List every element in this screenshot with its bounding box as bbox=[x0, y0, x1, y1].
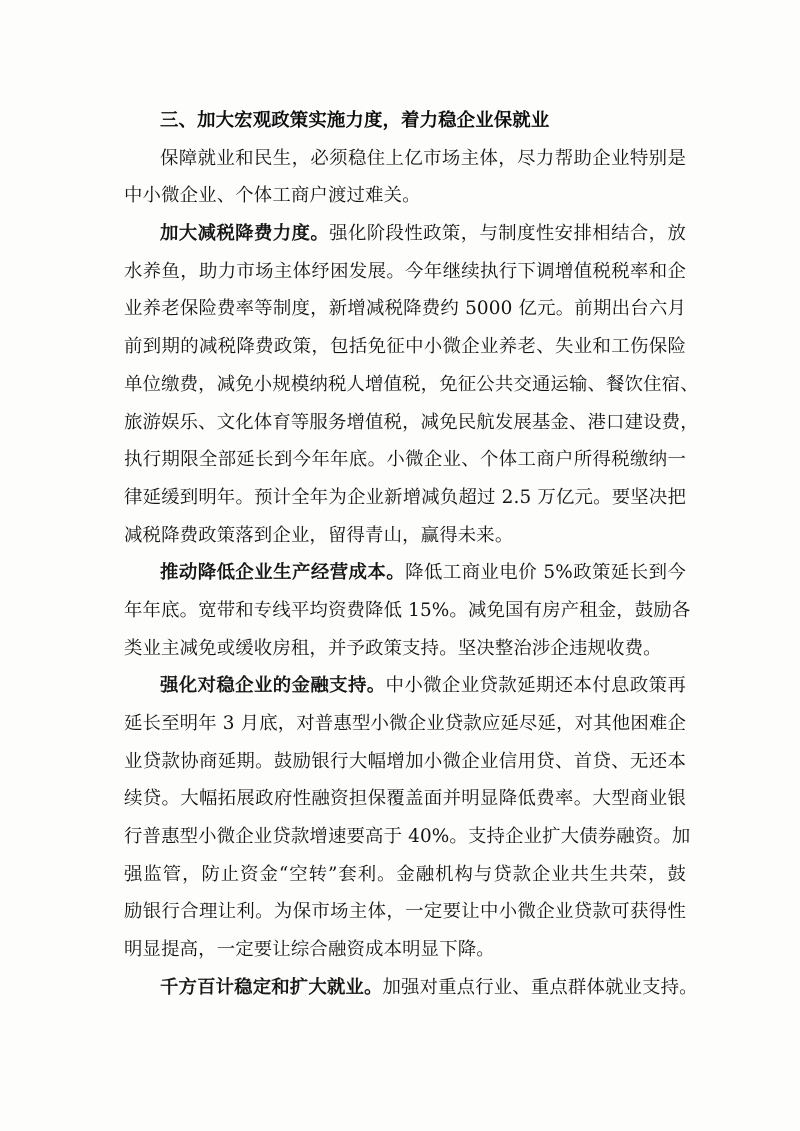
paragraph-2-line-3: 业养老保险费率等制度，新增减税降费约 5000 亿元。前期出台六月 bbox=[124, 290, 686, 328]
paragraph-4-lead: 强化对稳企业的金融支持。 bbox=[160, 675, 386, 696]
paragraph-4-line-6: 强监管，防止资金“空转”套利。金融机构与贷款企业共生共荣，鼓 bbox=[124, 856, 686, 894]
paragraph-2-line-4: 前到期的减税降费政策，包括免征中小微企业养老、失业和工伤保险 bbox=[124, 328, 686, 366]
paragraph-2-line-2: 水养鱼，助力市场主体纾困发展。今年继续执行下调增值税税率和企 bbox=[124, 253, 686, 291]
section-heading: 三、加大宏观政策实施力度，着力稳企业保就业 bbox=[124, 102, 686, 140]
paragraph-4-text: 中小微企业贷款延期还本付息政策再 bbox=[386, 675, 686, 696]
paragraph-5-text: 加强对重点行业、重点群体就业支持。 bbox=[383, 977, 698, 998]
document-body: 三、加大宏观政策实施力度，着力稳企业保就业 保障就业和民生，必须稳住上亿市场主体… bbox=[124, 102, 686, 1007]
paragraph-5-line-1: 千方百计稳定和扩大就业。加强对重点行业、重点群体就业支持。 bbox=[124, 969, 686, 1007]
paragraph-3-text: 降低工商业电价 5%政策延长到今 bbox=[405, 562, 686, 583]
paragraph-3-line-3: 类业主减免或缓收房租，并予政策支持。坚决整治涉企违规收费。 bbox=[124, 630, 686, 668]
paragraph-3-line-1: 推动降低企业生产经营成本。降低工商业电价 5%政策延长到今 bbox=[124, 554, 686, 592]
paragraph-2-line-7: 执行期限全部延长到今年年底。小微企业、个体工商户所得税缴纳一 bbox=[124, 441, 686, 479]
paragraph-2-line-8: 律延缓到明年。预计全年为企业新增减负超过 2.5 万亿元。要坚决把 bbox=[124, 479, 686, 517]
paragraph-2-line-6: 旅游娱乐、文化体育等服务增值税，减免民航发展基金、港口建设费， bbox=[124, 404, 686, 442]
paragraph-4-line-5: 行普惠型小微企业贷款增速要高于 40%。支持企业扩大债券融资。加 bbox=[124, 818, 686, 856]
paragraph-2-line-1: 加大减税降费力度。强化阶段性政策，与制度性安排相结合，放 bbox=[124, 215, 686, 253]
paragraph-1-line-2: 中小微企业、个体工商户渡过难关。 bbox=[124, 177, 686, 215]
paragraph-2-text: 强化阶段性政策，与制度性安排相结合，放 bbox=[329, 223, 686, 244]
paragraph-4-line-7: 励银行合理让利。为保市场主体，一定要让中小微企业贷款可获得性 bbox=[124, 893, 686, 931]
paragraph-2-line-9: 减税降费政策落到企业，留得青山，赢得未来。 bbox=[124, 517, 686, 555]
paragraph-2-lead: 加大减税降费力度。 bbox=[160, 223, 329, 244]
paragraph-2-line-5: 单位缴费，减免小规模纳税人增值税，免征公共交通运输、餐饮住宿、 bbox=[124, 366, 686, 404]
paragraph-3-lead: 推动降低企业生产经营成本。 bbox=[160, 562, 405, 583]
document-page: 三、加大宏观政策实施力度，着力稳企业保就业 保障就业和民生，必须稳住上亿市场主体… bbox=[0, 0, 800, 1131]
paragraph-1-line-1: 保障就业和民生，必须稳住上亿市场主体，尽力帮助企业特别是 bbox=[124, 140, 686, 178]
paragraph-4-line-8: 明显提高，一定要让综合融资成本明显下降。 bbox=[124, 931, 686, 969]
paragraph-5-lead: 千方百计稳定和扩大就业。 bbox=[160, 977, 383, 998]
paragraph-4-line-3: 业贷款协商延期。鼓励银行大幅增加小微企业信用贷、首贷、无还本 bbox=[124, 743, 686, 781]
paragraph-4-line-4: 续贷。大幅拓展政府性融资担保覆盖面并明显降低费率。大型商业银 bbox=[124, 780, 686, 818]
paragraph-4-line-2: 延长至明年 3 月底，对普惠型小微企业贷款应延尽延，对其他困难企 bbox=[124, 705, 686, 743]
paragraph-3-line-2: 年年底。宽带和专线平均资费降低 15%。减免国有房产租金，鼓励各 bbox=[124, 592, 686, 630]
paragraph-4-line-1: 强化对稳企业的金融支持。中小微企业贷款延期还本付息政策再 bbox=[124, 667, 686, 705]
